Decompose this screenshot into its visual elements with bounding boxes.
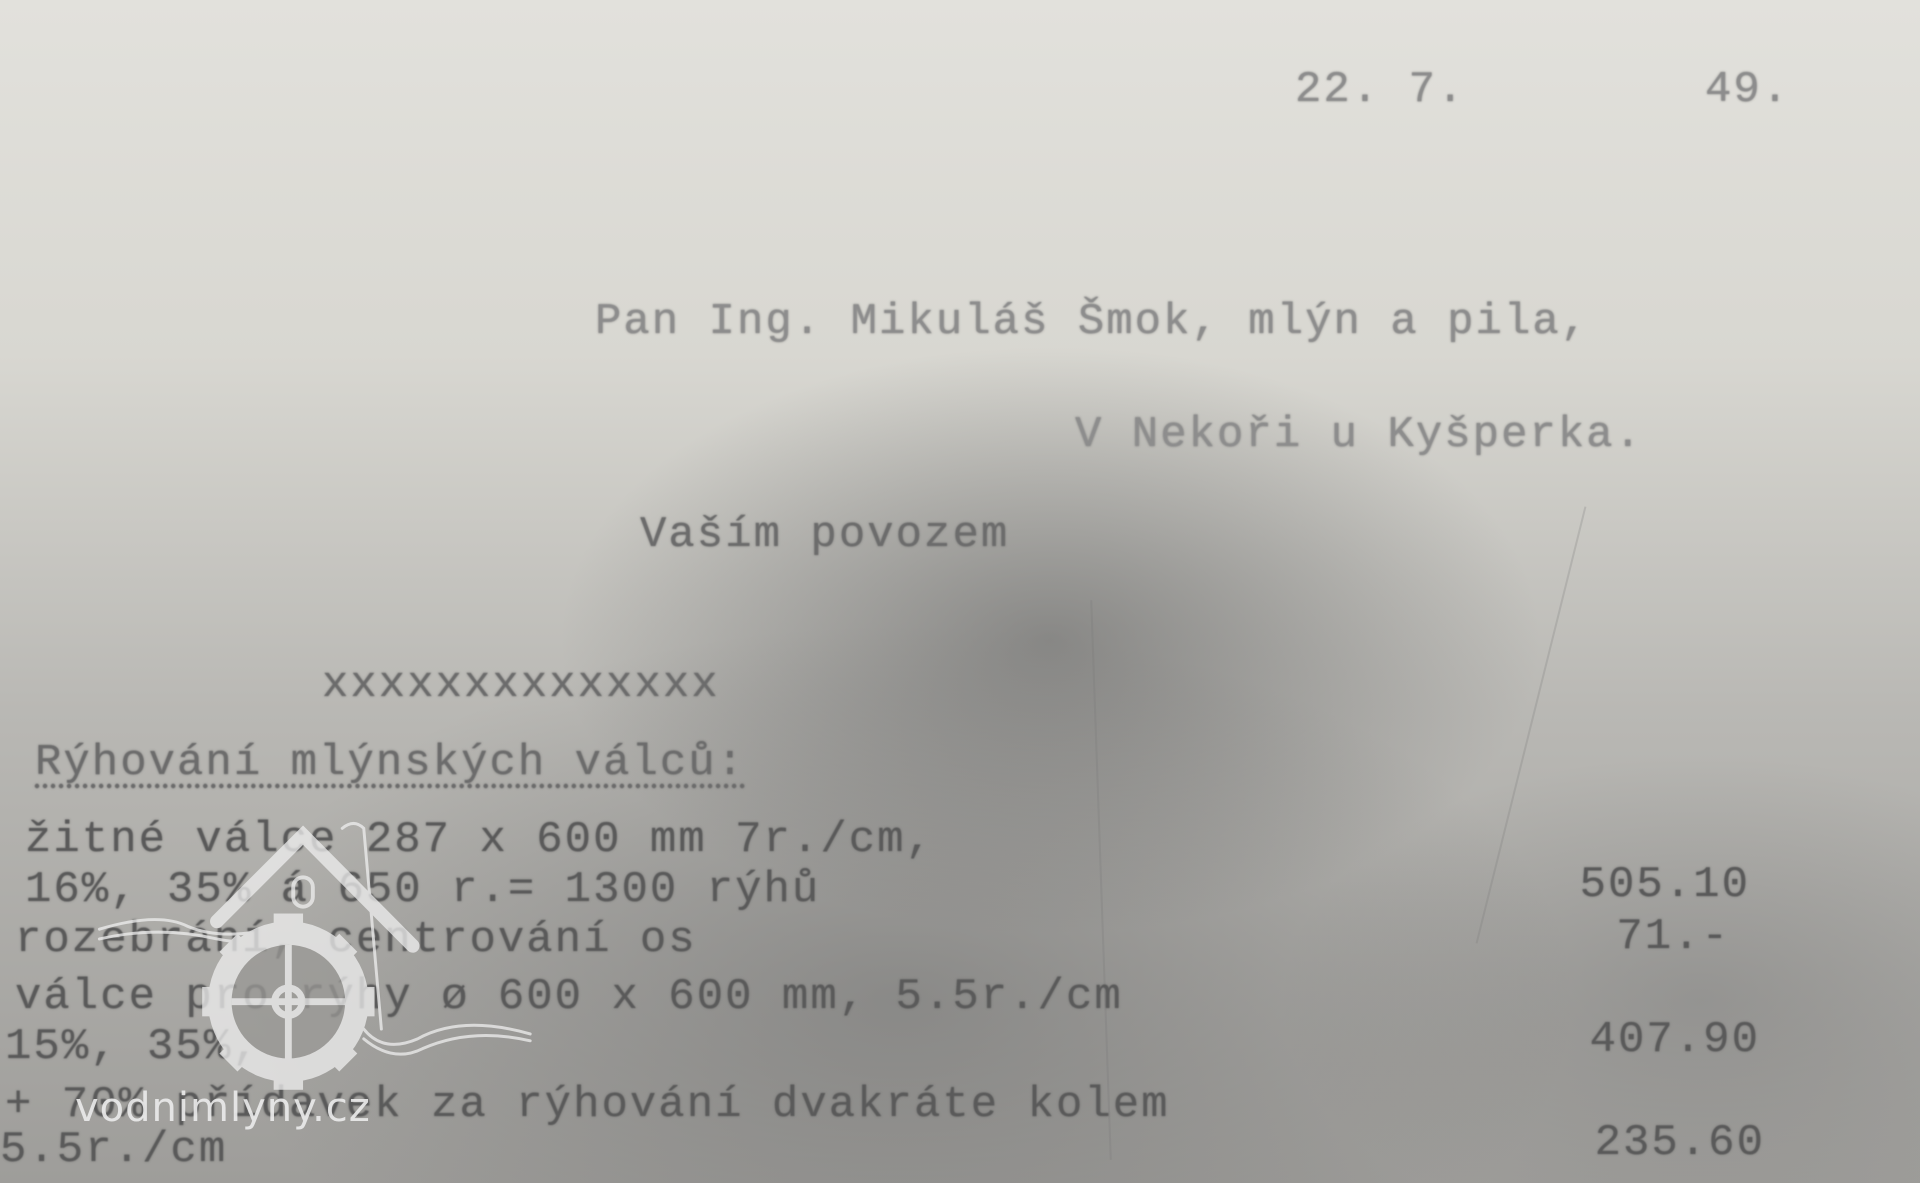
- item-amount: 505.10: [1490, 860, 1750, 910]
- item-amount: 407.90: [1500, 1015, 1760, 1065]
- date-year: 49.: [1705, 65, 1790, 115]
- date-day-month: 22. 7.: [1295, 65, 1465, 115]
- addressee-line-2: V Nekoři u Kyšperka.: [1075, 410, 1643, 460]
- crossed-out-text: xxxxxxxxxxxxxx: [322, 660, 720, 710]
- section-heading: Rýhování mlýnských válců:: [35, 738, 745, 788]
- delivery-note: Vaším povozem: [640, 510, 1009, 560]
- watermark-text: vodnimlyny.cz: [75, 1085, 371, 1131]
- item-amount: 235.60: [1505, 1118, 1765, 1168]
- item-amount: 71.-: [1470, 912, 1730, 962]
- addressee-line-1: Pan Ing. Mikuláš Šmok, mlýn a pila,: [595, 297, 1589, 347]
